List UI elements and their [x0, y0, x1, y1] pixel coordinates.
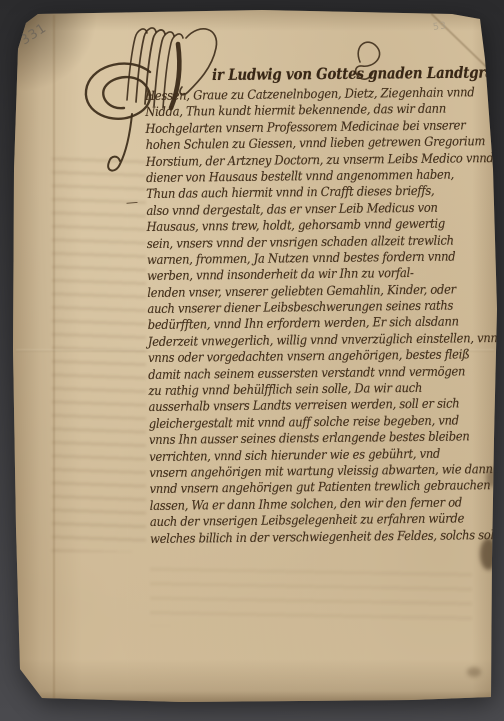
verso-showthrough-bottom [150, 562, 472, 626]
photo-background: 331 53 W [0, 0, 504, 721]
manuscript-sheet: 331 53 W [12, 9, 498, 705]
paper-shadow-wrap: 331 53 W [0, 0, 504, 721]
binding-edge-line [53, 15, 55, 703]
manuscript-text-block: Hessen, Graue zu Catzenelnbogen, Dietz, … [145, 84, 498, 547]
folio-number-pencil: 53 [432, 20, 447, 33]
archival-number-pencil: 331 [18, 21, 50, 49]
margin-dash-mark: — [126, 194, 142, 209]
manuscript-opening-line: ir Ludwig von Gottes gnaden Landtgraue Z… [212, 62, 504, 84]
manuscript-line: welches billich in der verschwiegenheit … [150, 527, 498, 547]
ink-stain [467, 667, 481, 677]
